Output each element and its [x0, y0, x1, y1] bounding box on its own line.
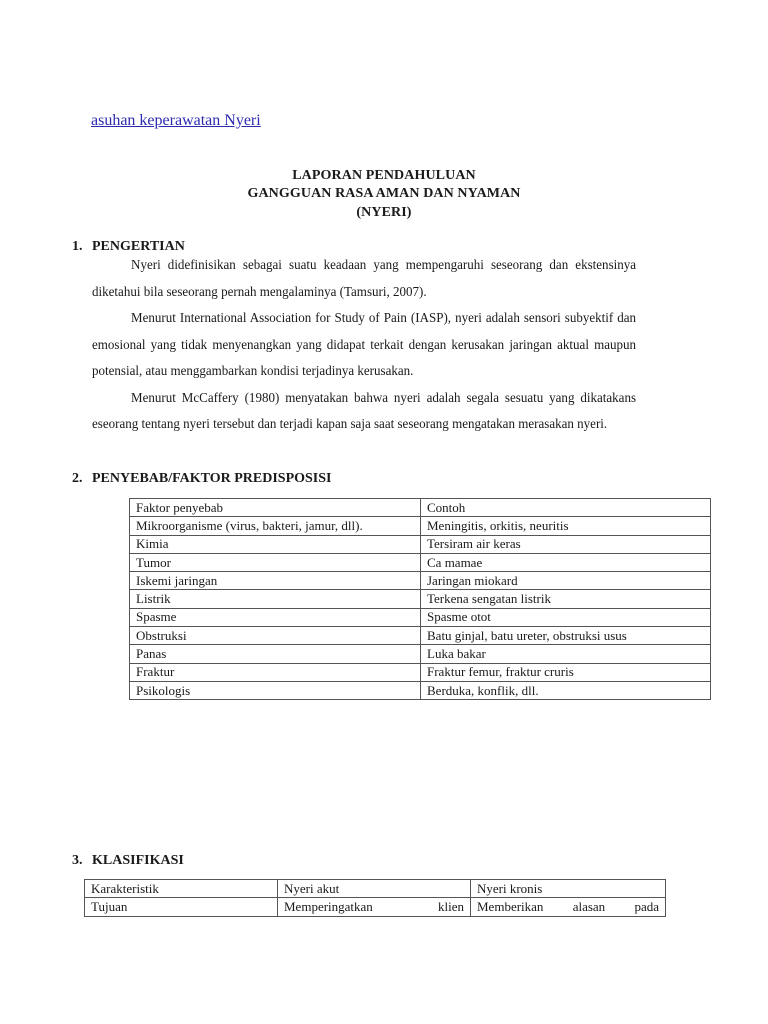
table-cell: Kimia	[130, 535, 421, 553]
table-cell: Mikroorganisme (virus, bakteri, jamur, d…	[130, 517, 421, 535]
table-cell: Memberikanalasanpada	[471, 898, 666, 916]
table-cell: Tumor	[130, 553, 421, 571]
paragraph-2: Menurut International Association for St…	[92, 306, 636, 386]
table-cell: Meningitis, orkitis, neuritis	[421, 517, 711, 535]
section-2-number: 2.	[72, 471, 92, 487]
section-1-number: 1.	[72, 239, 92, 255]
table-cell: Terkena sengatan listrik	[421, 590, 711, 608]
doc-title-line-3: (NYERI)	[0, 205, 768, 221]
table-cell: Obstruksi	[130, 627, 421, 645]
section-1-body: Nyeri didefinisikan sebagai suatu keadaa…	[92, 253, 636, 439]
section-3-heading: 3.KLASIFIKASI	[72, 853, 184, 869]
table-header-cell: Nyeri kronis	[471, 880, 666, 898]
table-cell: Ca mamae	[421, 553, 711, 571]
table-header-cell: Contoh	[421, 499, 711, 517]
section-1-title: PENGERTIAN	[92, 239, 185, 254]
doc-title-line-1: LAPORAN PENDAHULUAN	[0, 168, 768, 184]
table-cell: Batu ginjal, batu ureter, obstruksi usus	[421, 627, 711, 645]
section-2-heading: 2.PENYEBAB/FAKTOR PREDISPOSISI	[72, 471, 331, 487]
table-row: FrakturFraktur femur, fraktur cruris	[130, 663, 711, 681]
table-row: ObstruksiBatu ginjal, batu ureter, obstr…	[130, 627, 711, 645]
table-cell: Berduka, konflik, dll.	[421, 681, 711, 699]
table-header-cell: Faktor penyebab	[130, 499, 421, 517]
table-row: ListrikTerkena sengatan listrik	[130, 590, 711, 608]
table-row: PsikologisBerduka, konflik, dll.	[130, 681, 711, 699]
table-cell: Panas	[130, 645, 421, 663]
section-2-title: PENYEBAB/FAKTOR PREDISPOSISI	[92, 471, 331, 486]
table-cell: Fraktur	[130, 663, 421, 681]
section-3-title: KLASIFIKASI	[92, 853, 184, 868]
table-cell: Listrik	[130, 590, 421, 608]
table-cell: Iskemi jaringan	[130, 572, 421, 590]
table-cell: Spasme otot	[421, 608, 711, 626]
table-row: Iskemi jaringanJaringan miokard	[130, 572, 711, 590]
table-header-cell: Nyeri akut	[278, 880, 471, 898]
table-row: KimiaTersiram air keras	[130, 535, 711, 553]
table-cell: Psikologis	[130, 681, 421, 699]
table-cell: Spasme	[130, 608, 421, 626]
predisposition-table: Faktor penyebabContohMikroorganisme (vir…	[129, 498, 711, 700]
section-3-number: 3.	[72, 853, 92, 869]
table-row: Mikroorganisme (virus, bakteri, jamur, d…	[130, 517, 711, 535]
table-row: SpasmeSpasme otot	[130, 608, 711, 626]
paragraph-3: Menurut McCaffery (1980) menyatakan bahw…	[92, 386, 636, 439]
table-cell: Jaringan miokard	[421, 572, 711, 590]
table-cell: Luka bakar	[421, 645, 711, 663]
table-row: TujuanMemperingatkanklienMemberikanalasa…	[85, 898, 666, 916]
table-row: PanasLuka bakar	[130, 645, 711, 663]
paragraph-1: Nyeri didefinisikan sebagai suatu keadaa…	[92, 253, 636, 306]
doc-title-line-2: GANGGUAN RASA AMAN DAN NYAMAN	[0, 186, 768, 202]
table-cell: Tersiram air keras	[421, 535, 711, 553]
table-header-row: KarakteristikNyeri akutNyeri kronis	[85, 880, 666, 898]
table-row: TumorCa mamae	[130, 553, 711, 571]
table-cell: Fraktur femur, fraktur cruris	[421, 663, 711, 681]
table-cell: Memperingatkanklien	[278, 898, 471, 916]
table-cell: Tujuan	[85, 898, 278, 916]
classification-table: KarakteristikNyeri akutNyeri kronisTujua…	[84, 879, 666, 917]
table-header-cell: Karakteristik	[85, 880, 278, 898]
asuhan-keperawatan-link[interactable]: asuhan keperawatan Nyeri	[91, 112, 261, 130]
table-header-row: Faktor penyebabContoh	[130, 499, 711, 517]
